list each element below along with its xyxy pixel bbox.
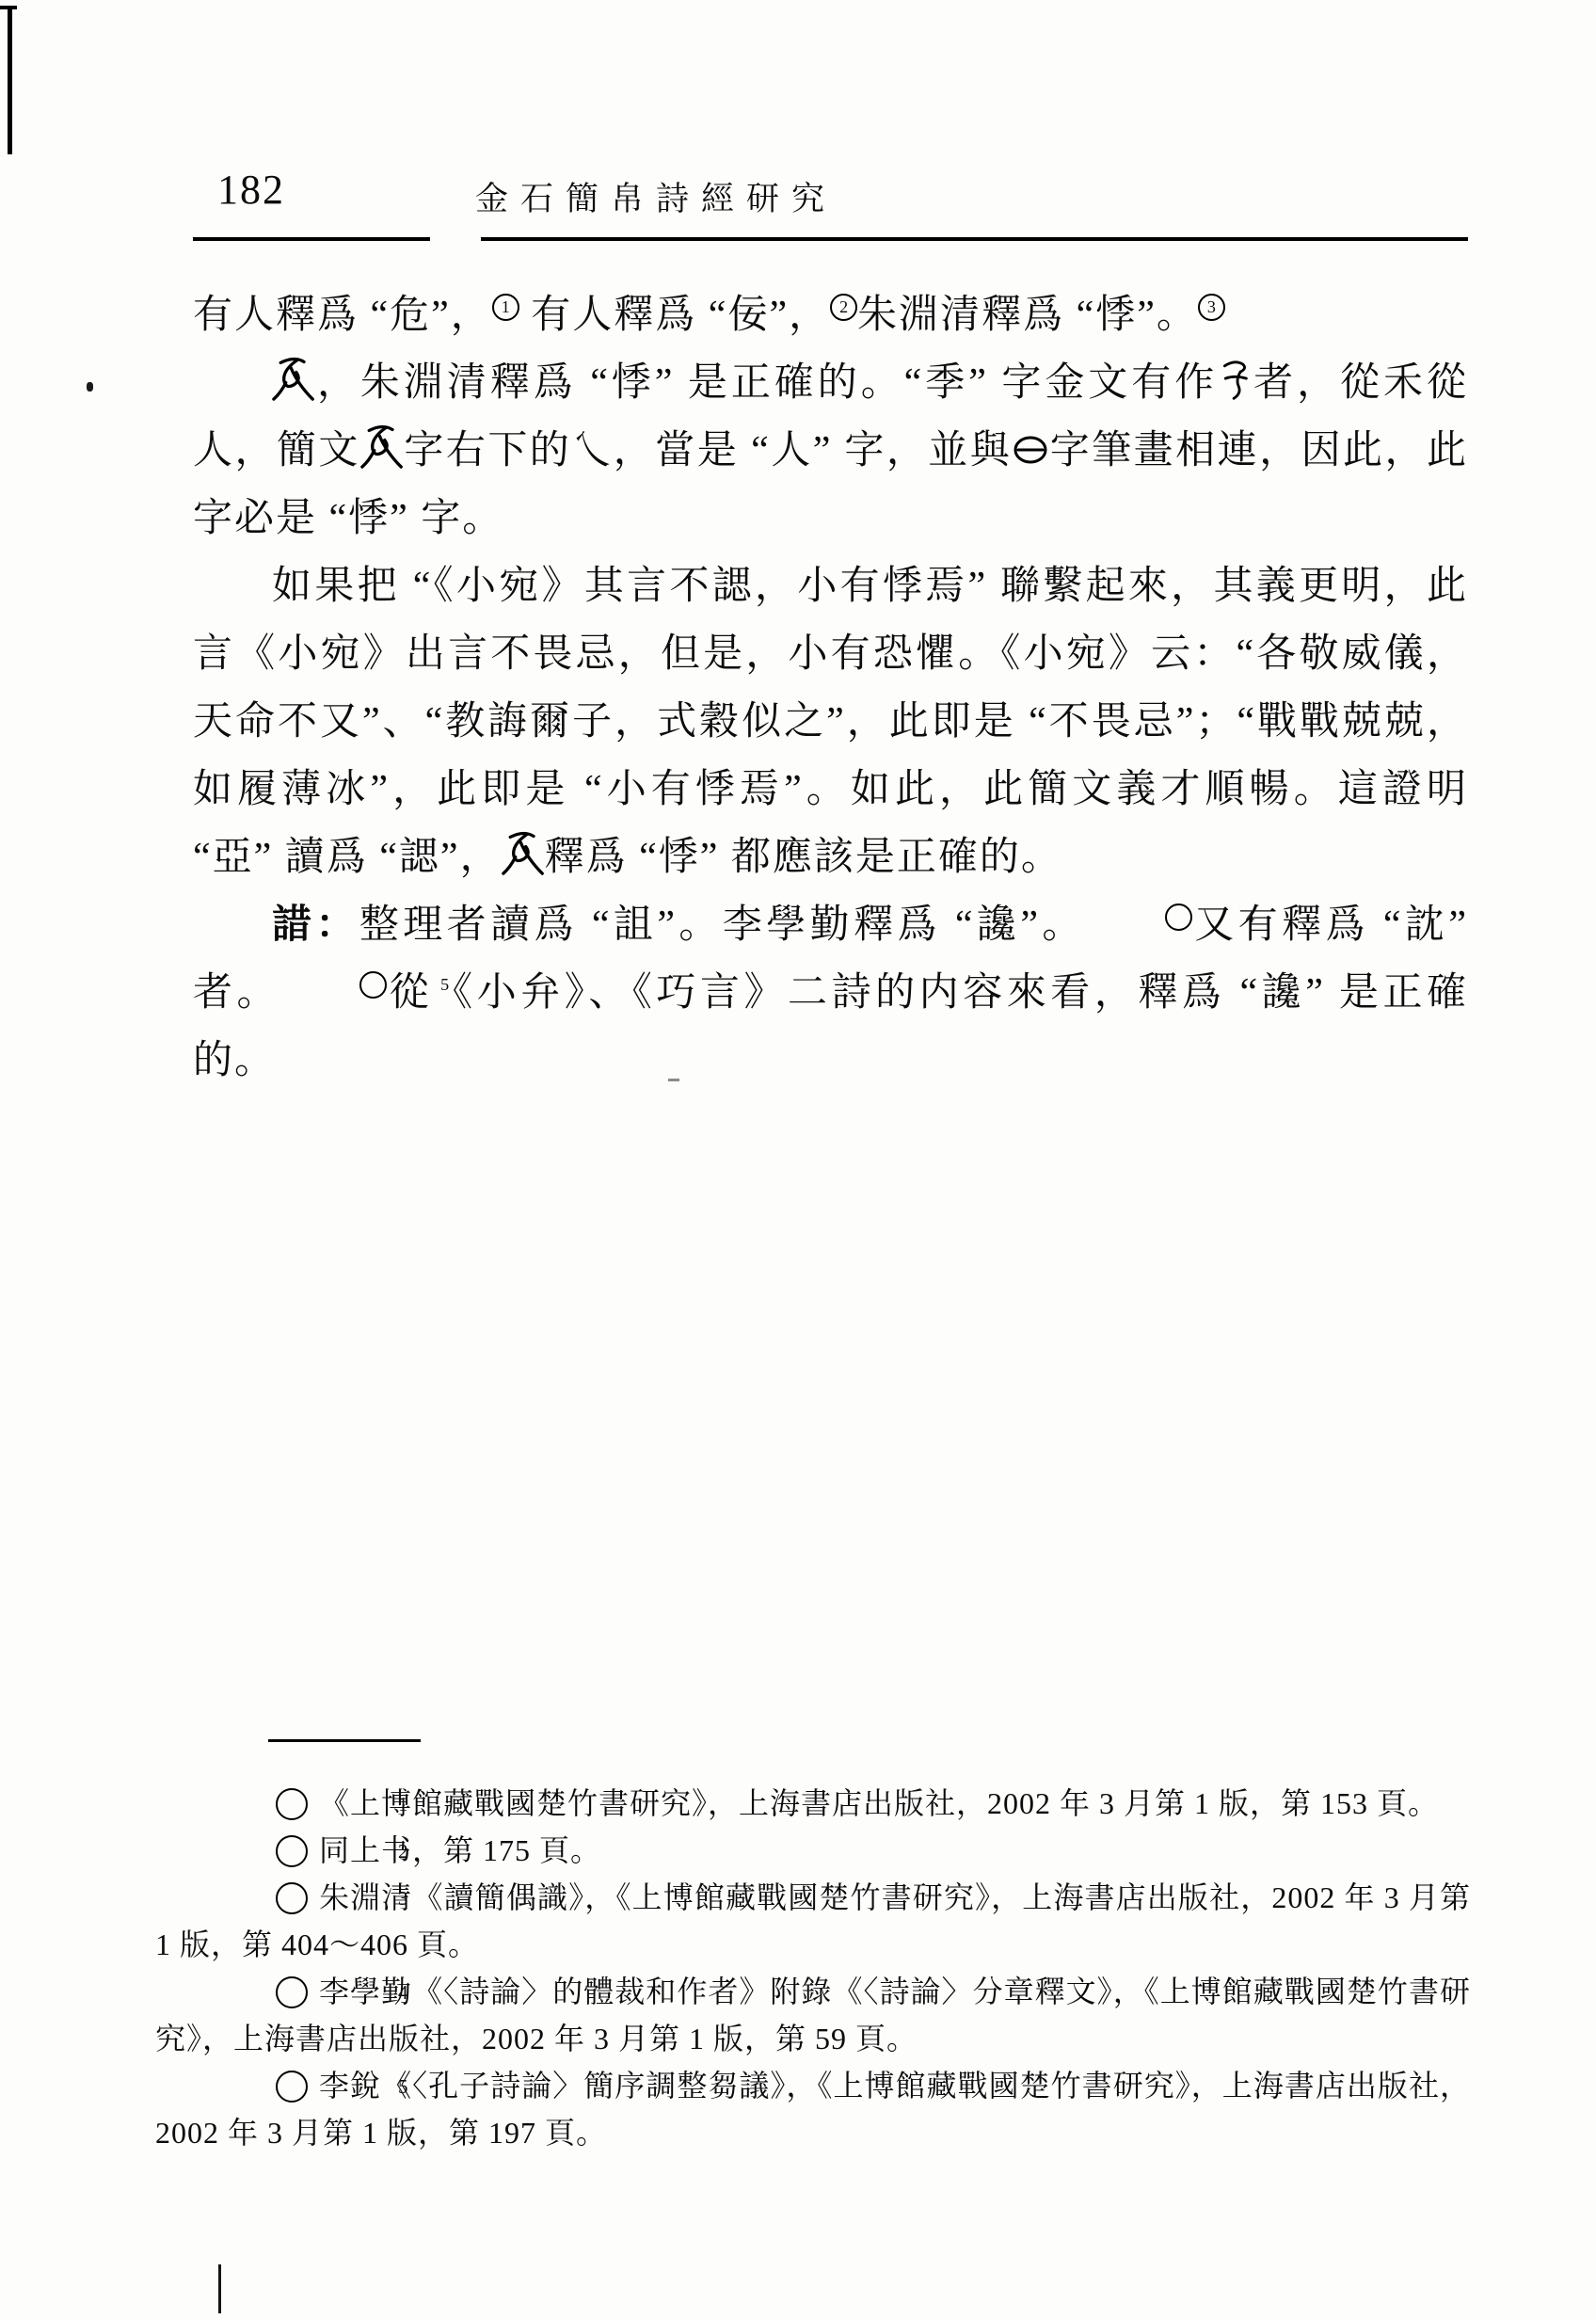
header-rule-print-gap <box>430 237 481 241</box>
scan-artifact-bottom-tick <box>218 2264 221 2313</box>
scan-artifact-left-edge-line <box>8 6 12 154</box>
footnote-text: 朱淵清《讀簡偶識》，《上博館藏戰國楚竹書研究》，上海書店出版社，2002 年 3… <box>155 1880 1471 1961</box>
chu-bamboo-slip-ji-character-glyph <box>502 828 545 877</box>
footnote-separator-rule <box>268 1739 421 1742</box>
body-paragraph: ，朱淵清釋爲 “悸” 是正確的。“季” 字金文有作者，從禾從人，簡文字右下的乀，… <box>193 349 1468 552</box>
footnote-text: 李學勤《〈詩論〉的體裁和作者》附錄《〈詩論〉分章釋文》，《上博館藏戰國楚竹書研究… <box>155 1975 1471 2055</box>
text-run: 如果把 “《小宛》其言不諰，小有悸焉” 聯繫起來，其義更明，此言《小宛》出言不畏… <box>193 565 1468 879</box>
circled-number: 4 <box>1165 904 1192 931</box>
footnote-text: 同上书，第 175 頁。 <box>319 1833 601 1867</box>
footnote-2: 2同上书，第 175 頁。 <box>155 1827 1471 1874</box>
running-title: 金石簡帛詩經研究 <box>475 173 837 220</box>
footnote-marker: 2 <box>276 1835 308 1867</box>
footnote-marker: 3 <box>276 1882 308 1914</box>
footnote-marker: 4 <box>276 1976 308 2008</box>
book-page: 182 金石簡帛詩經研究 有人釋爲 “危”，1 有人釋爲 “佞”，2朱淵清釋爲 … <box>0 0 1596 2319</box>
chu-bamboo-slip-ji-character-glyph <box>272 354 315 403</box>
entry-term: 諎： <box>272 904 359 947</box>
text-run: 釋爲 “悸” 都應該是正確的。 <box>545 836 1062 879</box>
text-run: 字右下的乀，當是 “人” 字，並與 <box>404 429 1012 472</box>
header-rule <box>193 237 1468 241</box>
body-paragraph: 如果把 “《小宛》其言不諰，小有悸焉” 聯繫起來，其義更明，此言《小宛》出言不畏… <box>193 552 1468 891</box>
footnote-marker: 5 <box>276 2071 308 2103</box>
chu-bamboo-slip-ji-character-glyph <box>360 422 404 471</box>
footnote-marker: 1 <box>276 1788 308 1820</box>
bronze-inscription-ji-character-glyph <box>1218 358 1252 401</box>
scan-artifact-corner-tick <box>0 6 17 9</box>
body-paragraph: 有人釋爲 “危”，1 有人釋爲 “佞”，2朱淵清釋爲 “悸”。3 <box>193 281 1468 349</box>
circle-with-bar-ancient-character-glyph <box>1012 434 1049 466</box>
page-header: 182 金石簡帛詩經研究 <box>193 166 1468 226</box>
text-run: 朱淵清釋爲 “悸”。 <box>857 294 1198 337</box>
circled-number: 5 <box>359 971 387 999</box>
footnote-reference-3: 3 <box>1198 294 1225 321</box>
footnote-text: 李銳《〈孔子詩論〉簡序調整芻議》，《上博館藏戰國楚竹書研究》，上海書店出版社，2… <box>155 2069 1471 2150</box>
footnote-3: 3朱淵清《讀簡偶識》，《上博館藏戰國楚竹書研究》，上海書店出版社，2002 年 … <box>155 1874 1471 1968</box>
page-number: 182 <box>217 166 285 214</box>
text-run: 有人釋爲 “佞”， <box>519 294 830 337</box>
text-run: 整理者讀爲 “詛”。李學勤釋爲 “讒”。 <box>359 904 1086 947</box>
footnote-reference-4: 4 <box>1086 904 1192 931</box>
circled-number: 1 <box>492 294 519 321</box>
body-paragraph: 諎：整理者讀爲 “詛”。李學勤釋爲 “讒”。4又有釋爲 “訦” 者。5從《小弁》… <box>193 891 1468 1095</box>
text-run: ，朱淵清釋爲 “悸” 是正確的。“季” 字金文有作 <box>315 361 1218 405</box>
footnote-reference-2: 2 <box>830 294 857 321</box>
circled-number: 3 <box>1198 294 1225 321</box>
footnote-reference-5: 5 <box>280 971 387 999</box>
text-run: 有人釋爲 “危”， <box>193 294 492 337</box>
footnote-4: 4李學勤《〈詩論〉的體裁和作者》附錄《〈詩論〉分章釋文》，《上博館藏戰國楚竹書研… <box>155 1968 1471 2062</box>
footnote-1: 1《上博館藏戰國楚竹書研究》，上海書店出版社，2002 年 3 月第 1 版，第… <box>155 1780 1471 1827</box>
circled-number: 2 <box>830 294 857 321</box>
body-text: 有人釋爲 “危”，1 有人釋爲 “佞”，2朱淵清釋爲 “悸”。3，朱淵清釋爲 “… <box>193 281 1468 1095</box>
footnote-block: 1《上博館藏戰國楚竹書研究》，上海書店出版社，2002 年 3 月第 1 版，第… <box>155 1780 1471 2156</box>
scan-artifact-margin-dot <box>87 382 93 392</box>
footnote-text: 《上博館藏戰國楚竹書研究》，上海書店出版社，2002 年 3 月第 1 版，第 … <box>319 1786 1439 1820</box>
footnote-5: 5李銳《〈孔子詩論〉簡序調整芻議》，《上博館藏戰國楚竹書研究》，上海書店出版社，… <box>155 2062 1471 2156</box>
footnote-reference-1: 1 <box>492 294 519 321</box>
